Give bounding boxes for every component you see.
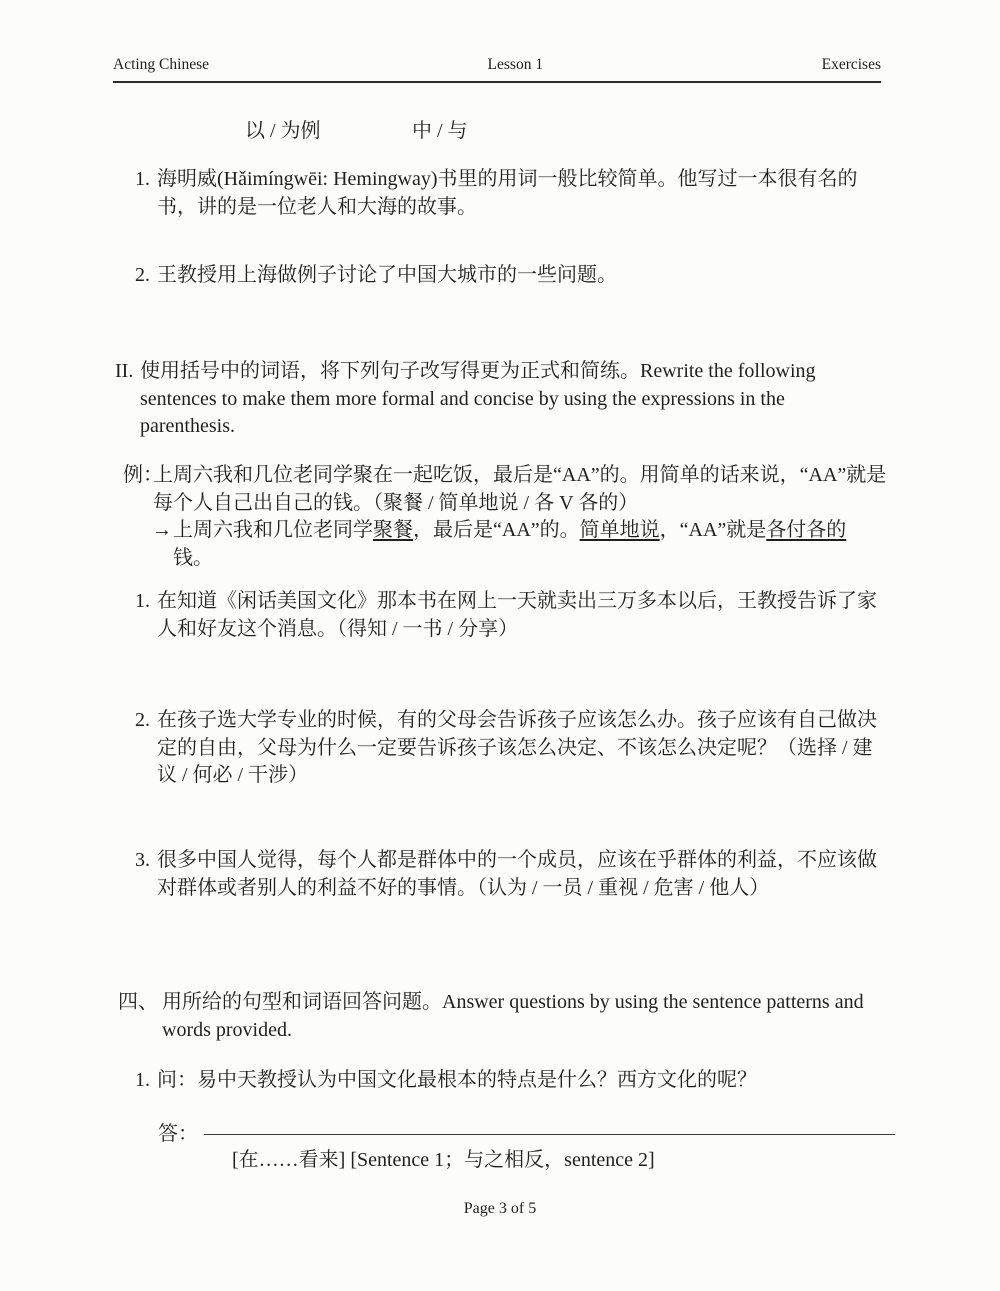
- item-number: 1.: [135, 588, 157, 643]
- exercise-item: 1. 在知道《闲话美国文化》那本书在网上一天就卖出三万多本以后，王教授告诉了家人…: [135, 588, 882, 643]
- answer-segment: 上周六我和几位老同学: [173, 519, 373, 541]
- page-header: Acting Chinese Lesson 1 Exercises: [113, 54, 881, 83]
- word-bank-option-2: 中 / 与: [412, 118, 468, 146]
- item-text: 很多中国人觉得，每个人都是群体中的一个成员，应该在乎群体的利益，不应该做对群体或…: [157, 847, 882, 902]
- example-label: 例：: [123, 462, 153, 517]
- exercise-item: 1. 海明威(Hǎimíngwēi: Hemingway)书里的用词一般比较简单…: [135, 166, 882, 221]
- section-number: 四、: [118, 989, 162, 1044]
- answer-segment: 钱。: [173, 547, 213, 569]
- section-title: 用所给的句型和词语回答问题。Answer questions by using …: [162, 989, 882, 1044]
- worksheet-page: Acting Chinese Lesson 1 Exercises 以 / 为例…: [0, 0, 1000, 1291]
- answer-segment-underlined: 简单地说: [580, 519, 660, 541]
- example-answer-text: 上周六我和几位老同学聚餐，最后是“AA”的。简单地说，“AA”就是各付各的钱。: [173, 517, 864, 572]
- exercise-item: 2. 王教授用上海做例子讨论了中国大城市的一些问题。: [135, 262, 882, 290]
- answer-segment: ，“AA”就是: [660, 519, 767, 541]
- question-text-wrap: 问：易中天教授认为中国文化最根本的特点是什么？西方文化的呢？: [157, 1067, 882, 1095]
- header-section-label: Exercises: [822, 54, 881, 75]
- section-title: 使用括号中的词语，将下列句子改写得更为正式和简练。Rewrite the fol…: [140, 358, 883, 441]
- item-text: 海明威(Hǎimíngwēi: Hemingway)书里的用词一般比较简单。他写…: [157, 166, 882, 221]
- section-four-heading: 四、 用所给的句型和词语回答问题。Answer questions by usi…: [118, 989, 882, 1044]
- answer-row: 答：: [158, 1121, 895, 1149]
- question-label: 问：: [157, 1069, 197, 1091]
- answer-segment-underlined: 各付各的: [766, 519, 846, 541]
- example-prompt: 上周六我和几位老同学聚在一起吃饭，最后是“AA”的。用简单的话来说，“AA”就是…: [153, 462, 901, 517]
- word-bank-option-1: 以 / 为例: [245, 118, 321, 146]
- example-block: 例： 上周六我和几位老同学聚在一起吃饭，最后是“AA”的。用简单的话来说，“AA…: [123, 462, 901, 517]
- item-text: 王教授用上海做例子讨论了中国大城市的一些问题。: [157, 262, 882, 290]
- page-number: Page 3 of 5: [464, 1200, 536, 1217]
- answer-segment-underlined: 聚餐: [373, 519, 413, 541]
- exercise-item: 3. 很多中国人觉得，每个人都是群体中的一个成员，应该在乎群体的利益，不应该做对…: [135, 847, 882, 902]
- section-ii-heading: II. 使用括号中的词语，将下列句子改写得更为正式和简练。Rewrite the…: [115, 358, 883, 441]
- question-row: 1. 问：易中天教授认为中国文化最根本的特点是什么？西方文化的呢？: [135, 1067, 882, 1095]
- header-lesson-label: Lesson 1: [488, 54, 544, 75]
- section-number: II.: [115, 358, 140, 441]
- item-text: 在知道《闲话美国文化》那本书在网上一天就卖出三万多本以后，王教授告诉了家人和好友…: [157, 588, 882, 643]
- answer-blank-line: [204, 1121, 895, 1135]
- answer-label: 答：: [158, 1121, 198, 1149]
- arrow-icon: →: [152, 517, 173, 572]
- example-answer-row: → 上周六我和几位老同学聚餐，最后是“AA”的。简单地说，“AA”就是各付各的钱…: [152, 517, 864, 572]
- question-number: 1.: [135, 1067, 157, 1095]
- item-number: 1.: [135, 166, 157, 221]
- item-number: 2.: [135, 262, 157, 290]
- section-title-zh: 用所给的句型和词语回答问题。: [162, 991, 442, 1013]
- answer-hint: [在……看来] [Sentence 1；与之相反，sentence 2]: [232, 1147, 655, 1175]
- header-course-title: Acting Chinese: [113, 54, 209, 75]
- answer-segment: ，最后是“AA”的。: [413, 519, 580, 541]
- item-text: 在孩子选大学专业的时候，有的父母会告诉孩子应该怎么办。孩子应该有自己做决定的自由…: [157, 707, 882, 790]
- page-footer: Page 3 of 5: [0, 1195, 1000, 1223]
- item-number: 3.: [135, 847, 157, 902]
- item-number: 2.: [135, 707, 157, 790]
- section-title-zh: 使用括号中的词语，将下列句子改写得更为正式和简练。: [140, 360, 640, 382]
- exercise-item: 2. 在孩子选大学专业的时候，有的父母会告诉孩子应该怎么办。孩子应该有自己做决定…: [135, 707, 882, 790]
- question-text: 易中天教授认为中国文化最根本的特点是什么？西方文化的呢？: [197, 1069, 757, 1091]
